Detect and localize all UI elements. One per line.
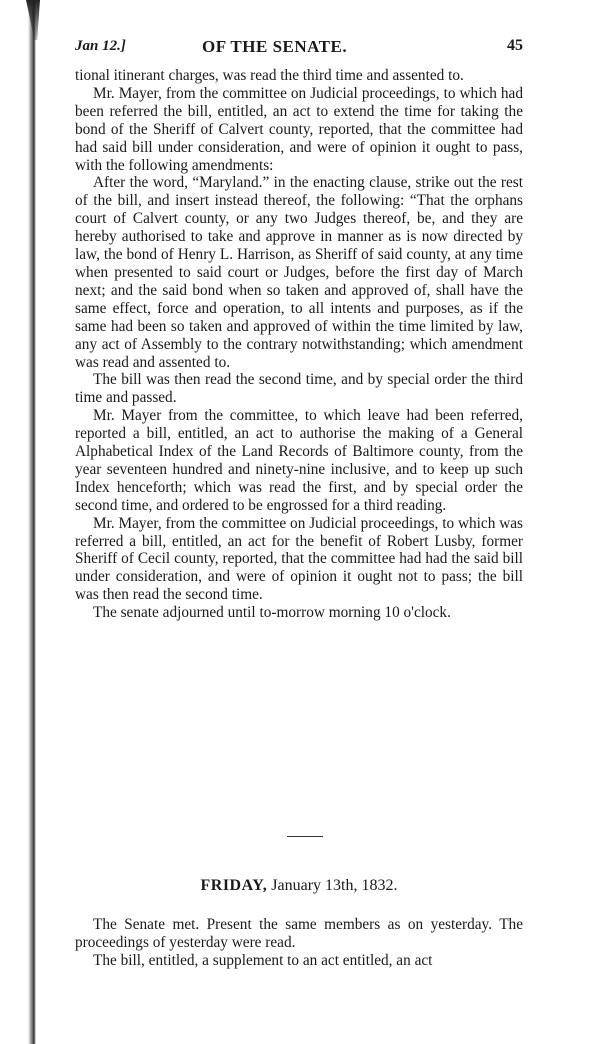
page-number: 45 bbox=[507, 37, 523, 55]
paragraph: The bill was then read the second time, … bbox=[75, 371, 523, 407]
heading-date: January 13th, 1832. bbox=[267, 877, 397, 894]
running-head-title: OF THE SENATE. bbox=[202, 37, 347, 57]
paragraph: The bill, entitled, a supplement to an a… bbox=[75, 952, 523, 970]
section-heading-friday: FRIDAY, January 13th, 1832. bbox=[75, 877, 523, 895]
proceedings-jan-13: The Senate met. Present the same members… bbox=[75, 916, 523, 970]
paragraph: After the word, “Maryland.” in the enact… bbox=[75, 174, 523, 371]
paragraph: Mr. Mayer, from the committee on Judicia… bbox=[75, 85, 523, 175]
heading-day: FRIDAY, bbox=[201, 877, 268, 894]
paragraph: The senate adjourned until to-morrow mor… bbox=[75, 604, 523, 622]
running-head: Jan 12.] OF THE SENATE. 45 bbox=[75, 37, 523, 61]
paragraph: Mr. Mayer, from the committee on Judicia… bbox=[75, 515, 523, 605]
paragraph: Mr. Mayer from the committee, to which l… bbox=[75, 407, 523, 514]
paragraph: tional itinerant charges, was read the t… bbox=[75, 67, 523, 85]
section-divider bbox=[287, 836, 323, 837]
proceedings-jan-12: tional itinerant charges, was read the t… bbox=[75, 67, 523, 622]
paragraph: The Senate met. Present the same members… bbox=[75, 916, 523, 952]
running-head-date: Jan 12.] bbox=[75, 38, 126, 55]
page-binding-edge bbox=[28, 0, 36, 1044]
